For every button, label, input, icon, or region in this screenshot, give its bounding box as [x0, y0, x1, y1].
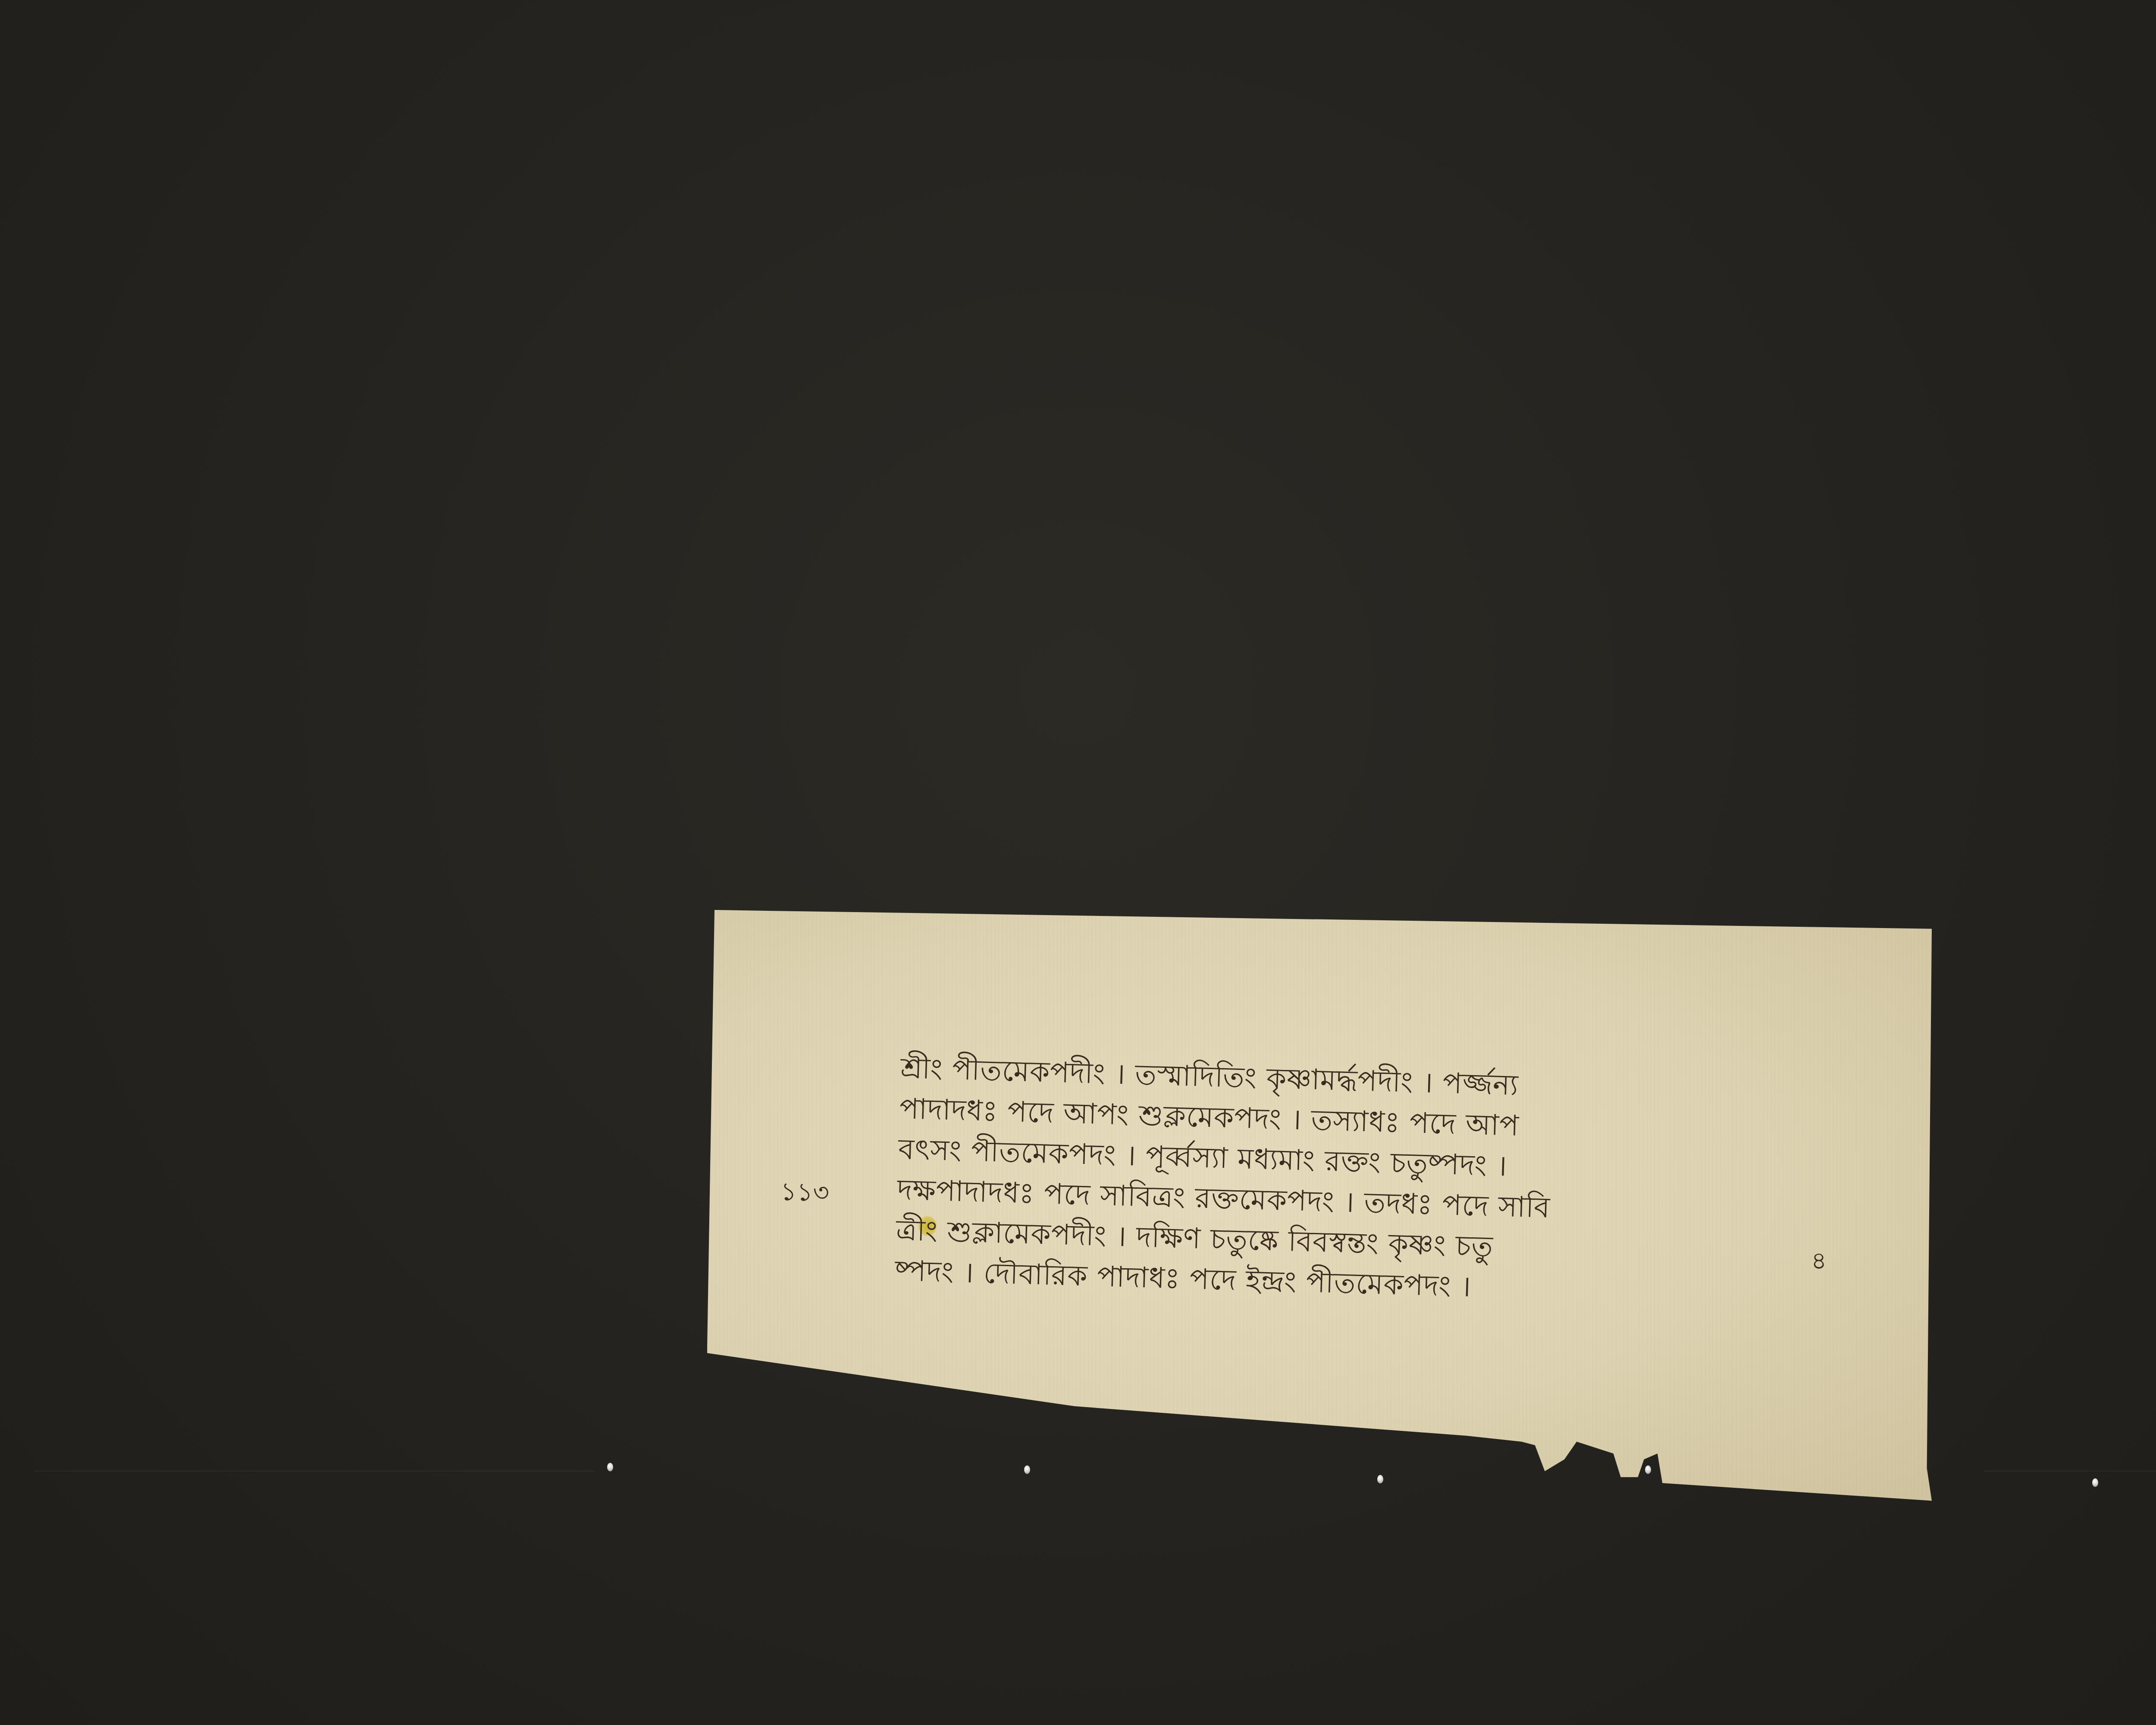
table-edge-right	[1984, 1471, 2156, 1471]
mounting-pin	[1645, 1465, 1651, 1474]
mounting-pin	[607, 1463, 613, 1471]
folio-number-left: ১১৩	[780, 1173, 830, 1216]
manuscript-text: শ্রীং পীতমেকপদীং । তস্মাদিতিং কৃষ্ণামর্দ…	[894, 1048, 1871, 1318]
mounting-pin	[1024, 1465, 1030, 1474]
mounting-pin	[1377, 1475, 1383, 1483]
table-edge-left	[34, 1471, 595, 1471]
mounting-pin	[2092, 1478, 2098, 1487]
